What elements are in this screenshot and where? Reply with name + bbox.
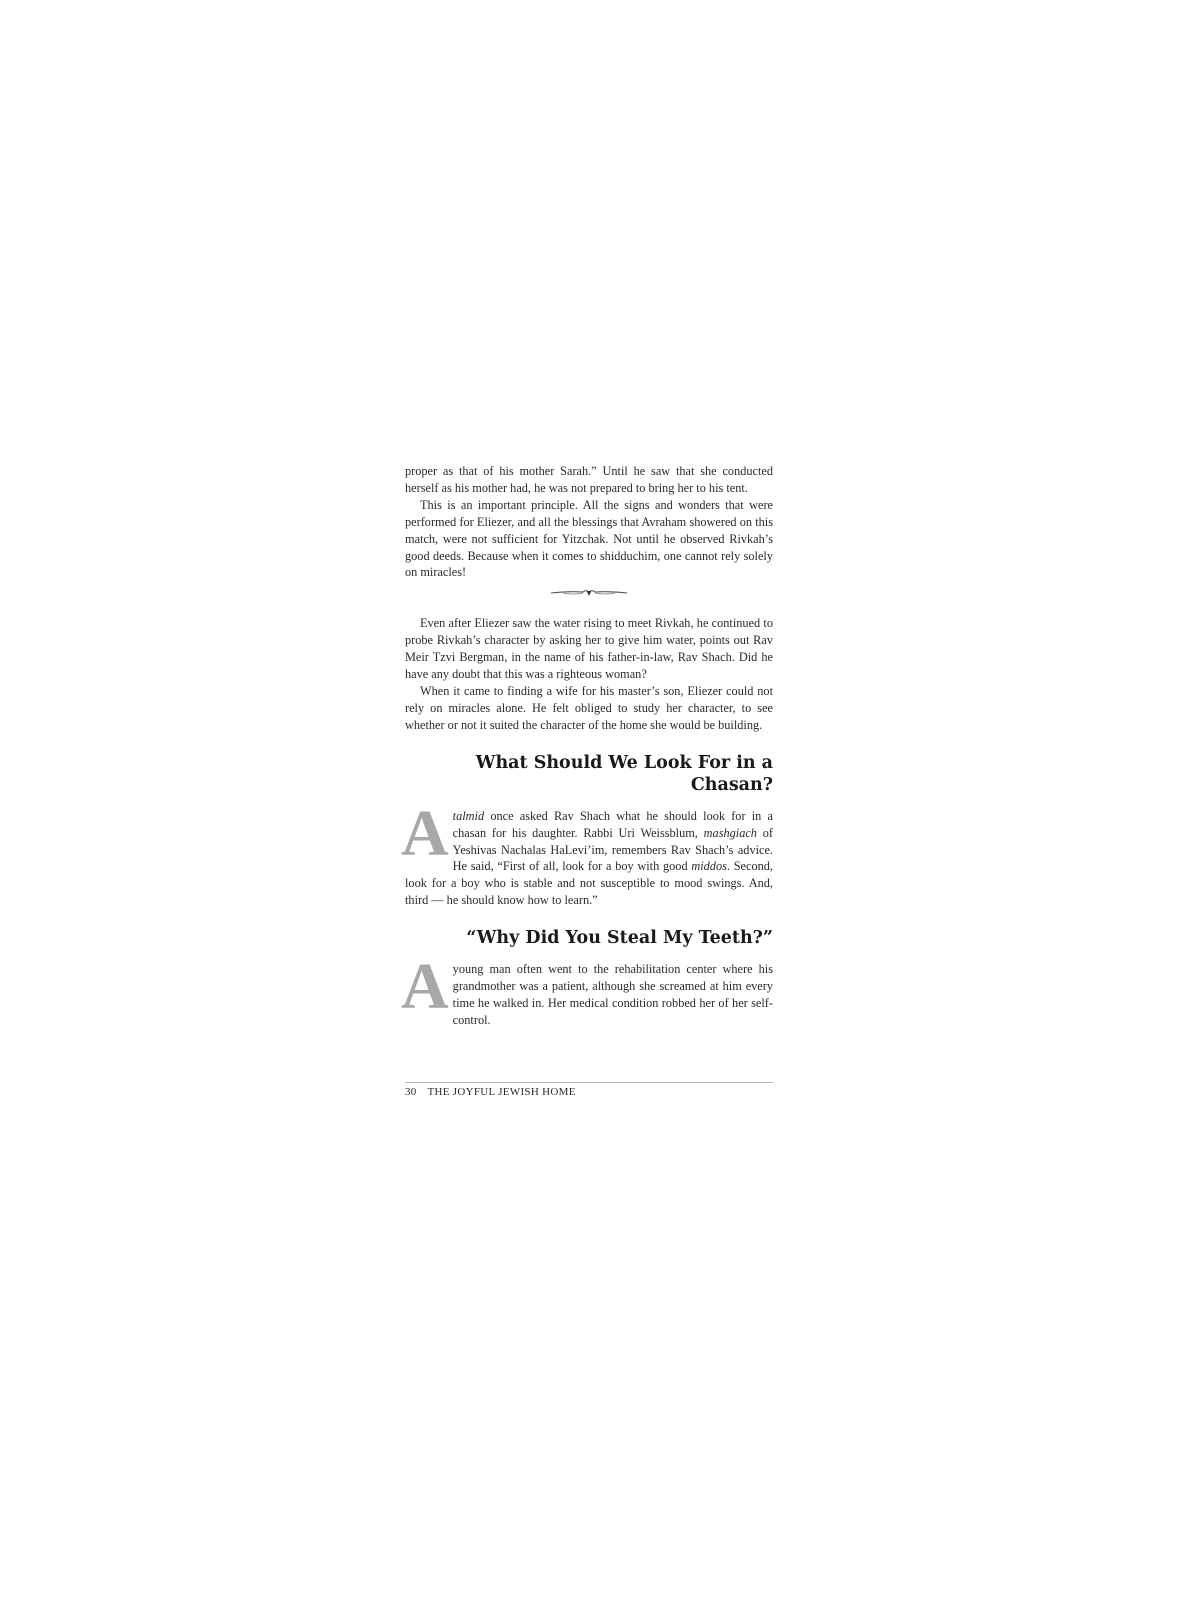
page-body: proper as that of his mother Sarah.” Unt… <box>405 463 773 1029</box>
paragraph: proper as that of his mother Sarah.” Unt… <box>405 463 773 497</box>
page-number: 30 <box>405 1086 417 1098</box>
page-footer: 30 The Joyful Jewish Home <box>405 1082 773 1098</box>
running-title: The Joyful Jewish Home <box>427 1086 575 1098</box>
section-heading-chasan: What Should We Look For in a Chasan? <box>405 752 773 796</box>
paragraph-dropcap: A talmid once asked Rav Shach what he sh… <box>405 808 773 909</box>
term-italic: middos <box>691 859 727 873</box>
paragraph: This is an important principle. All the … <box>405 497 773 582</box>
paragraph-dropcap: A young man often went to the rehabilita… <box>405 961 773 1029</box>
section-divider-flourish-icon <box>549 585 629 599</box>
section-heading-teeth: “Why Did You Steal My Teeth?” <box>405 927 773 949</box>
paragraph: When it came to finding a wife for his m… <box>405 683 773 734</box>
paragraph: Even after Eliezer saw the water rising … <box>405 615 773 683</box>
drop-cap: A <box>401 810 449 860</box>
term-italic: talmid <box>453 809 484 823</box>
term-italic: mashgiach <box>704 826 757 840</box>
drop-cap: A <box>401 963 449 1013</box>
